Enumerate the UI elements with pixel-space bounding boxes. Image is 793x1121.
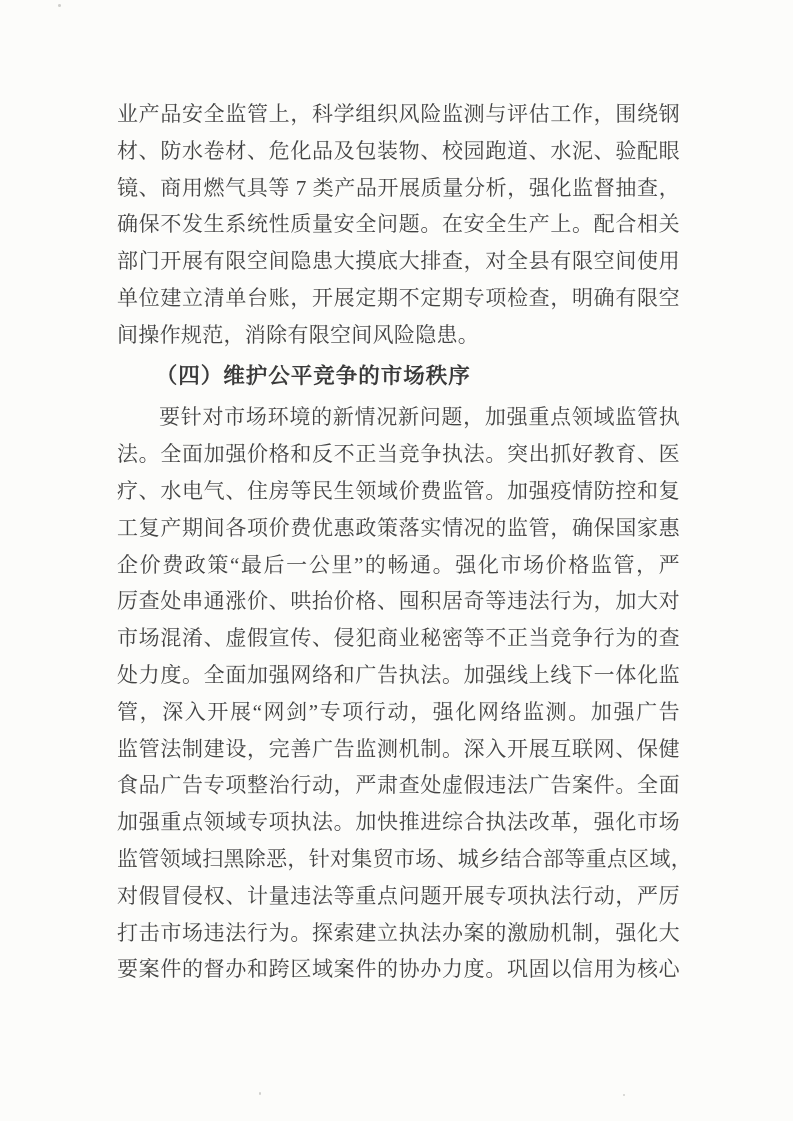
- text-line: 处力度。全面加强网络和广告执法。加强线上线下一体化监: [117, 657, 680, 694]
- text-line: 单位建立清单台账，开展定期不定期专项检查，明确有限空: [117, 280, 680, 317]
- text-line: 工复产期间各项价费优惠政策落实情况的监管，确保国家惠: [117, 510, 680, 547]
- text-line: 打击市场违法行为。探索建立执法办案的激励机制，强化大: [117, 915, 680, 952]
- text-line: 间操作规范，消除有限空间风险隐患。: [117, 317, 680, 354]
- scanned-document-page: 业产品安全监管上，科学组织风险监测与评估工作，围绕钢材、防水卷材、危化品及包装物…: [0, 0, 793, 1121]
- text-line: 镜、商用燃气具等 7 类产品开展质量分析，强化监督抽查，: [117, 170, 680, 207]
- text-line: 要针对市场环境的新情况新问题，加强重点领域监管执: [117, 399, 680, 436]
- text-line: 确保不发生系统性质量安全问题。在安全生产上。配合相关: [117, 206, 680, 243]
- paragraph-body: 要针对市场环境的新情况新问题，加强重点领域监管执法。全面加强价格和反不正当竞争执…: [117, 399, 680, 988]
- text-line: 要案件的督办和跨区域案件的协办力度。巩固以信用为核心: [117, 951, 680, 988]
- text-line: 管，深入开展“网剑”专项行动，强化网络监测。加强广告: [117, 694, 680, 731]
- text-line: 疗、水电气、住房等民生领域价费监管。加强疫情防控和复: [117, 473, 680, 510]
- text-line: 企价费政策“最后一公里”的畅通。强化市场价格监管，严: [117, 547, 680, 584]
- text-line: 加强重点领域专项执法。加快推进综合执法改革，强化市场: [117, 804, 680, 841]
- text-line: 市场混淆、虚假宣传、侵犯商业秘密等不正当竞争行为的查: [117, 620, 680, 657]
- section-heading: （四）维护公平竞争的市场秩序: [117, 358, 680, 395]
- text-line: 监管法制建设，完善广告监测机制。深入开展互联网、保健: [117, 731, 680, 768]
- text-line: 食品广告专项整治行动，严肃查处虚假违法广告案件。全面: [117, 767, 680, 804]
- text-line: 部门开展有限空间隐患大摸底大排查，对全县有限空间使用: [117, 243, 680, 280]
- scan-speck: [259, 1092, 261, 1095]
- text-line: 业产品安全监管上，科学组织风险监测与评估工作，围绕钢: [117, 96, 680, 133]
- text-line: 材、防水卷材、危化品及包装物、校园跑道、水泥、验配眼: [117, 133, 680, 170]
- document-body: 业产品安全监管上，科学组织风险监测与评估工作，围绕钢材、防水卷材、危化品及包装物…: [117, 96, 680, 988]
- text-line: 监管领域扫黑除恶，针对集贸市场、城乡结合部等重点区域，: [117, 841, 680, 878]
- paragraph-continuation: 业产品安全监管上，科学组织风险监测与评估工作，围绕钢材、防水卷材、危化品及包装物…: [117, 96, 680, 354]
- scan-speck: [58, 4, 61, 7]
- scan-speck: [623, 1094, 625, 1096]
- text-line: 法。全面加强价格和反不正当竞争执法。突出抓好教育、医: [117, 436, 680, 473]
- text-line: 厉查处串通涨价、哄抬价格、囤积居奇等违法行为，加大对: [117, 583, 680, 620]
- text-line: 对假冒侵权、计量违法等重点问题开展专项执法行动，严厉: [117, 878, 680, 915]
